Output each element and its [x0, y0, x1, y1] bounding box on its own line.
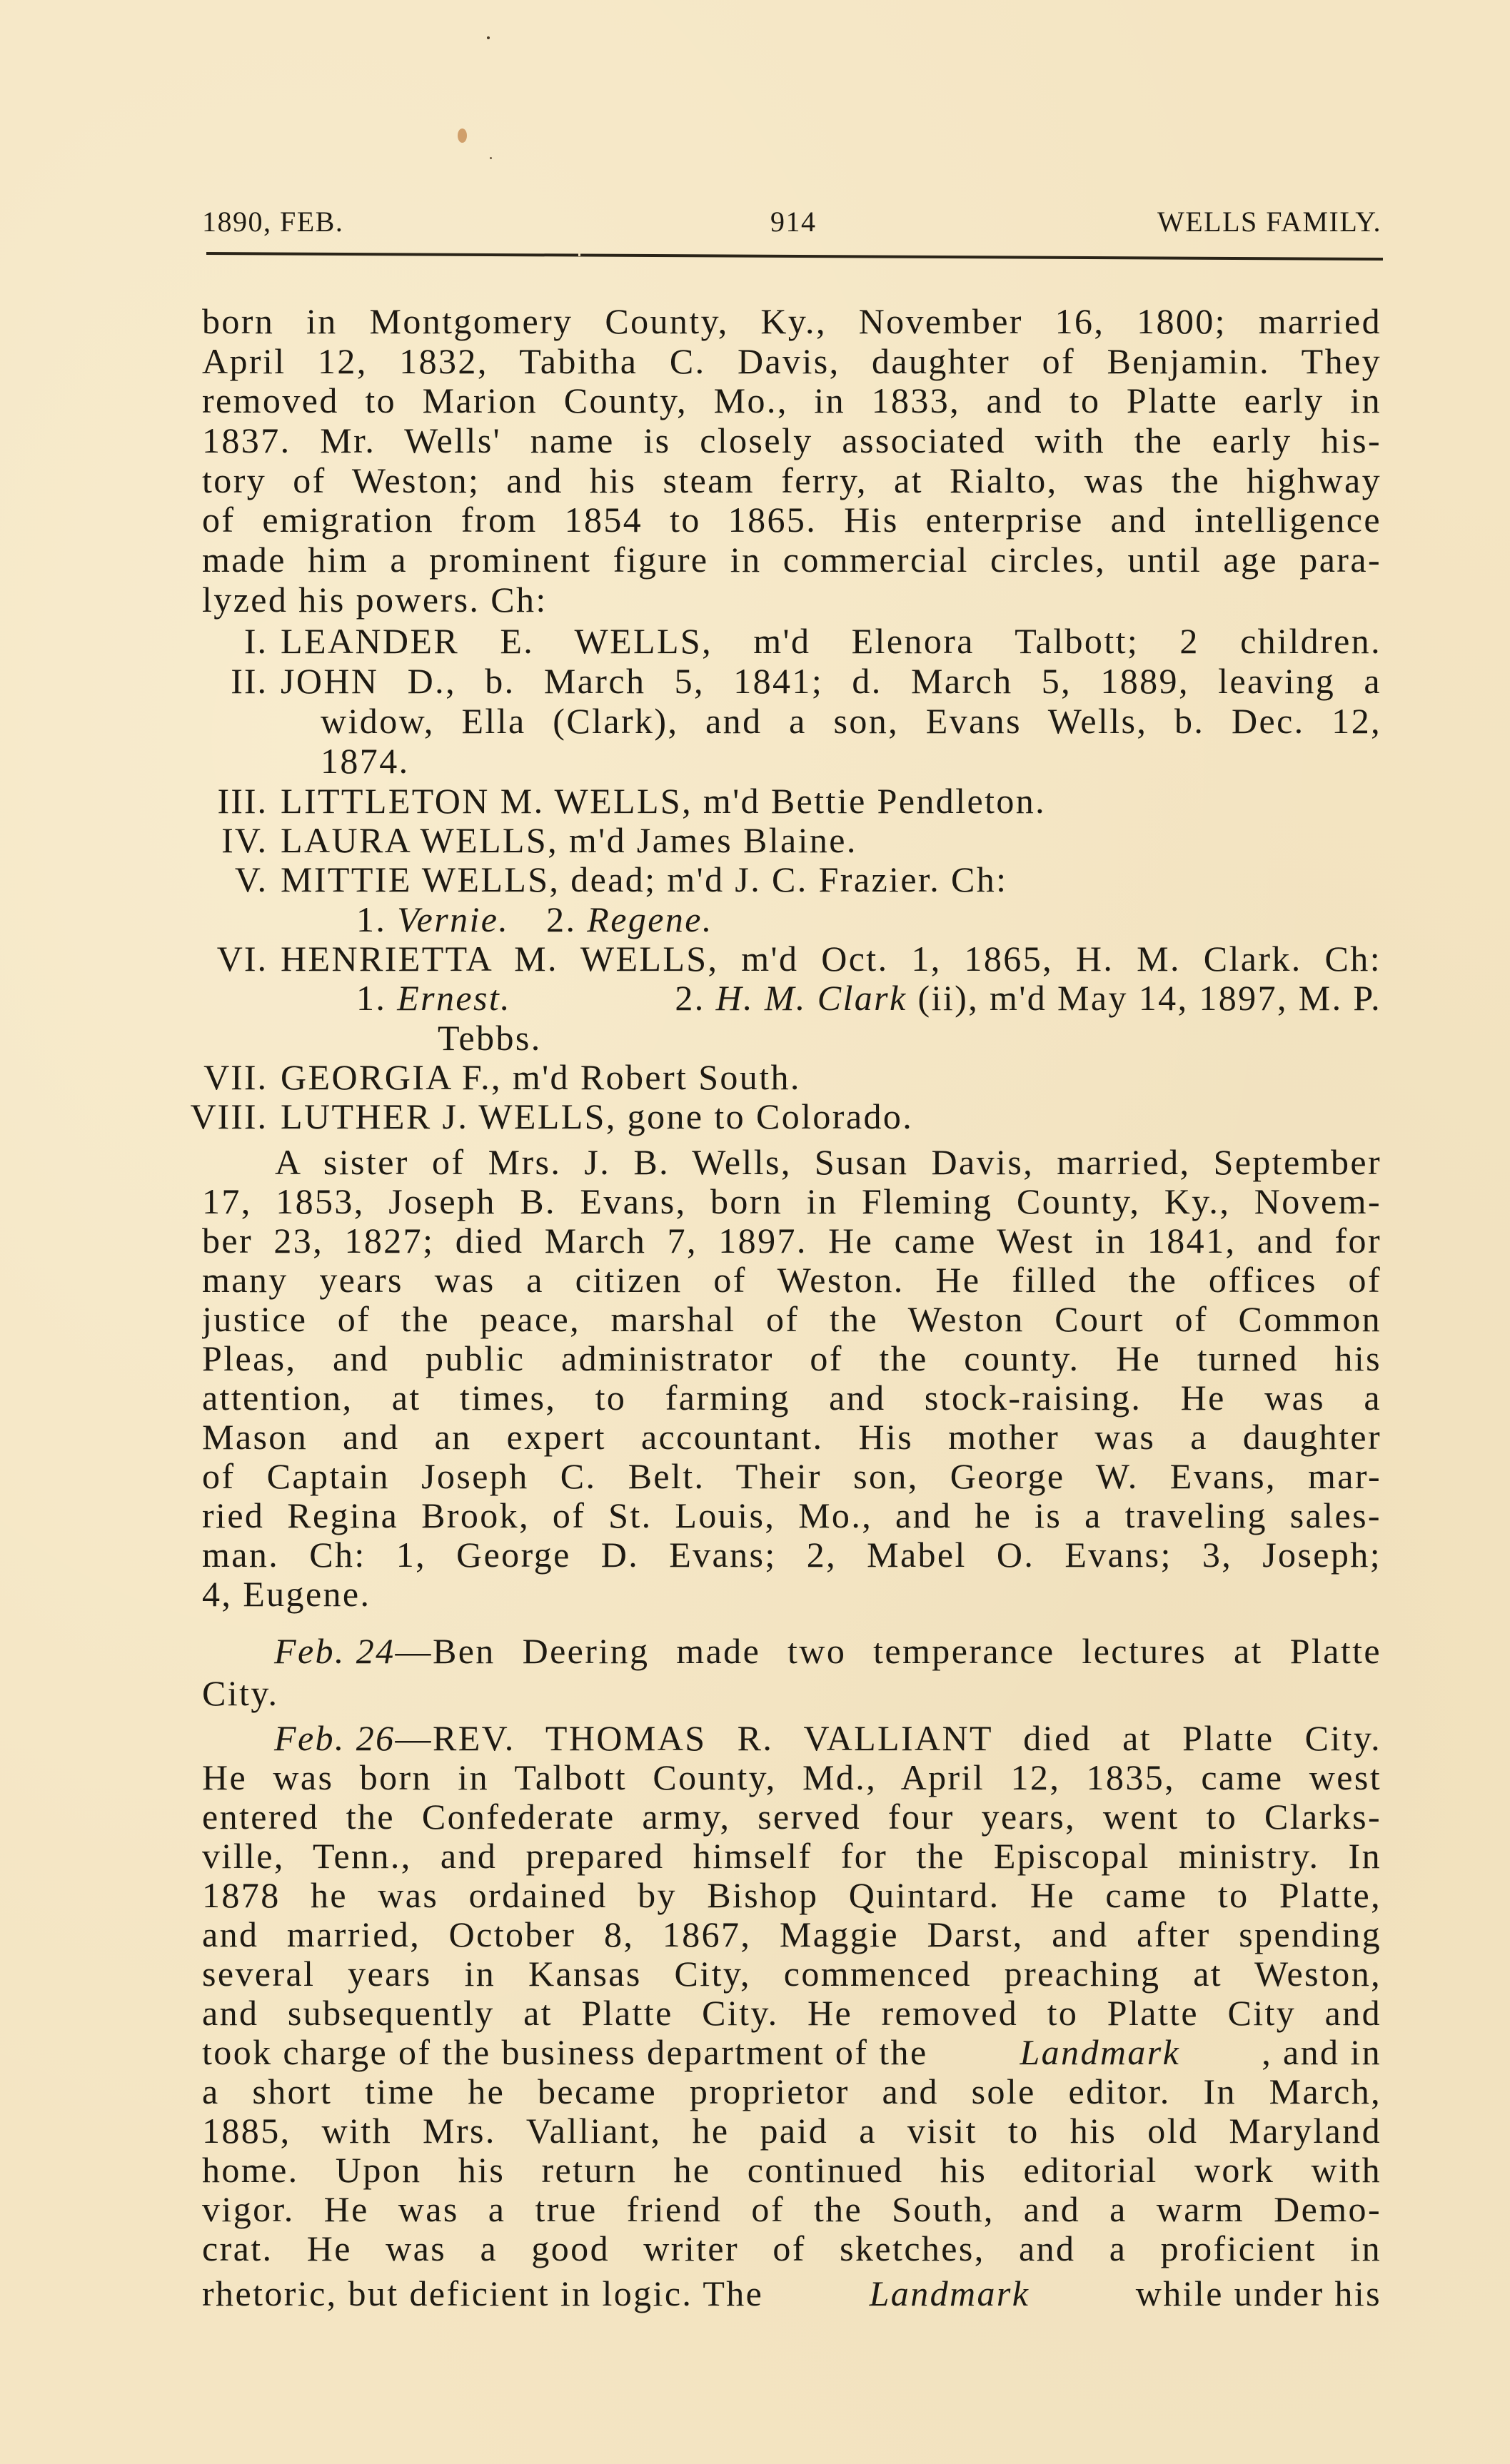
body-line: crat. He was a good writer of sketches, … — [202, 2227, 1381, 2270]
grandchild-name: Regene. — [587, 899, 713, 939]
text-run: while under his — [1125, 2272, 1381, 2315]
running-head-title: WELLS FAMILY. — [1157, 205, 1381, 238]
text-run: , and in — [1262, 2031, 1381, 2074]
body-line: ville, Tenn., and prepared himself for t… — [202, 1834, 1381, 1877]
list-item: LEANDER E. WELLS, m'd Elenora Talbott; 2… — [281, 620, 1381, 662]
rule-break — [1099, 251, 1102, 256]
grandchild-detail: (ii), m'd May 14, 1897, M. P. — [907, 978, 1381, 1018]
text-run: rhetoric, but deficient in logic. The — [202, 2272, 774, 2315]
body-line: 1837. Mr. Wells' name is closely associa… — [202, 419, 1381, 462]
body-line: and married, October 8, 1867, Maggie Dar… — [202, 1913, 1381, 1956]
body-line: and subsequently at Platte City. He remo… — [202, 1991, 1381, 2034]
list-numeral: I. — [189, 620, 268, 662]
body-line: City. — [202, 1672, 278, 1715]
grandchild-number: 1. — [356, 899, 386, 939]
body-line: born in Montgomery County, Ky., November… — [202, 300, 1381, 343]
list-item: LUTHER J. WELLS, gone to Colorado. — [281, 1095, 913, 1138]
list-item-continuation: 1874. — [321, 739, 410, 782]
list-item: HENRIETTA M. WELLS, m'd Oct. 1, 1865, H.… — [281, 937, 1381, 980]
list-item: LITTLETON M. WELLS, m'd Bettie Pendleton… — [281, 779, 1046, 822]
entry-text: —Ben Deering made two temperance lecture… — [396, 1630, 1381, 1672]
list-item: JOHN D., b. March 5, 1841; d. March 5, 1… — [281, 660, 1381, 702]
body-line: entered the Confederate army, served fou… — [202, 1795, 1381, 1838]
grandchild-name: H. M. Clark — [716, 978, 907, 1018]
body-line: of emigration from 1854 to 1865. His ent… — [202, 498, 1381, 541]
body-line: took charge of the business department o… — [202, 2031, 1381, 2074]
grandchild-name: Ernest. — [397, 978, 511, 1018]
body-line: He was born in Talbott County, Md., Apri… — [202, 1756, 1381, 1799]
rule-break — [578, 251, 580, 256]
list-numeral: II. — [189, 660, 268, 702]
list-item-continuation: widow, Ella (Clark), and a son, Evans We… — [321, 700, 1381, 742]
body-line: several years in Kansas City, commenced … — [202, 1952, 1381, 1995]
body-line: Mason and an expert accountant. His moth… — [202, 1415, 1381, 1458]
grandchildren-line: 1. Ernest. 2. H. M. Clark (ii), m'd May … — [356, 976, 1381, 1019]
body-line: attention, at times, to farming and stoc… — [202, 1376, 1381, 1419]
list-numeral: VIII. — [189, 1095, 268, 1138]
paper-speck — [487, 36, 490, 39]
grandchild-name: Vernie. — [397, 899, 509, 939]
running-head-date: 1890, FEB. — [202, 205, 343, 238]
list-item: GEORGIA F., m'd Robert South. — [281, 1056, 801, 1099]
list-numeral: VI. — [189, 937, 268, 980]
body-line: of Captain Joseph C. Belt. Their son, Ge… — [202, 1455, 1381, 1498]
body-line: Pleas, and public administrator of the c… — [202, 1337, 1381, 1380]
body-line: 4, Eugene. — [202, 1572, 371, 1615]
body-line: vigor. He was a true friend of the South… — [202, 2188, 1381, 2231]
body-line: 1878 he was ordained by Bishop Quintard.… — [202, 1874, 1381, 1917]
grandchild-continuation: Tebbs. — [438, 1016, 542, 1059]
entry-date: Feb. 24 — [274, 1630, 396, 1672]
list-numeral: VII. — [189, 1056, 268, 1099]
body-line: removed to Marion County, Mo., in 1833, … — [202, 379, 1381, 422]
body-line: ried Regina Brook, of St. Louis, Mo., an… — [202, 1494, 1381, 1537]
body-line: 1885, with Mrs. Valliant, he paid a visi… — [202, 2109, 1381, 2152]
diary-entry-feb26: Feb. 26—REV. THOMAS R. VALLIANT died at … — [274, 1717, 1381, 1759]
publication-title: Landmark — [870, 2272, 1030, 2315]
grandchild-number: 2. — [546, 899, 576, 939]
body-line: lyzed his powers. Ch: — [202, 578, 548, 621]
grandchild-entry: 2. H. M. Clark (ii), m'd May 14, 1897, M… — [675, 976, 1381, 1019]
body-line: a short time he became proprietor and so… — [202, 2070, 1381, 2113]
diary-entry-feb24: Feb. 24—Ben Deering made two temperance … — [274, 1630, 1381, 1672]
running-head: 1890, FEB. 914 WELLS FAMILY. — [202, 205, 1381, 239]
header-rule — [206, 252, 1383, 261]
paper-speck — [490, 157, 492, 159]
body-line: ber 23, 1827; died March 7, 1897. He cam… — [202, 1219, 1381, 1262]
body-line: rhetoric, but deficient in logic. The La… — [202, 2272, 1381, 2315]
body-line: April 12, 1832, Tabitha C. Davis, daught… — [202, 340, 1381, 383]
body-line: justice of the peace, marshal of the Wes… — [202, 1298, 1381, 1340]
foxing-stain — [458, 128, 467, 143]
book-page: 1890, FEB. 914 WELLS FAMILY. born in Mon… — [0, 0, 1510, 2464]
list-item: MITTIE WELLS, dead; m'd J. C. Frazier. C… — [281, 858, 1007, 901]
body-line: 17, 1853, Joseph B. Evans, born in Flemi… — [202, 1180, 1381, 1223]
body-line: tory of Weston; and his steam ferry, at … — [202, 459, 1381, 502]
list-numeral: III. — [189, 779, 268, 822]
entry-date: Feb. 26 — [274, 1717, 396, 1759]
text-run: took charge of the business department o… — [202, 2031, 938, 2074]
list-item: LAURA WELLS, m'd James Blaine. — [281, 819, 857, 862]
grandchildren-line: 1. Vernie. 2. Regene. — [356, 898, 713, 941]
grandchild-number: 1. — [356, 978, 386, 1018]
entry-text: —REV. THOMAS R. VALLIANT died at Platte … — [396, 1717, 1381, 1759]
grandchild-entry: 1. Ernest. — [356, 976, 511, 1019]
page-number: 914 — [770, 205, 817, 238]
list-numeral: IV. — [189, 819, 268, 862]
publication-title: Landmark — [1020, 2031, 1180, 2074]
body-line: A sister of Mrs. J. B. Wells, Susan Davi… — [275, 1141, 1381, 1183]
body-line: home. Upon his return he continued his e… — [202, 2149, 1381, 2191]
grandchild-number: 2. — [675, 978, 705, 1018]
list-numeral: V. — [189, 858, 268, 901]
body-line: man. Ch: 1, George D. Evans; 2, Mabel O.… — [202, 1533, 1381, 1576]
body-line: made him a prominent figure in commercia… — [202, 538, 1381, 581]
body-line: many years was a citizen of Weston. He f… — [202, 1258, 1381, 1301]
